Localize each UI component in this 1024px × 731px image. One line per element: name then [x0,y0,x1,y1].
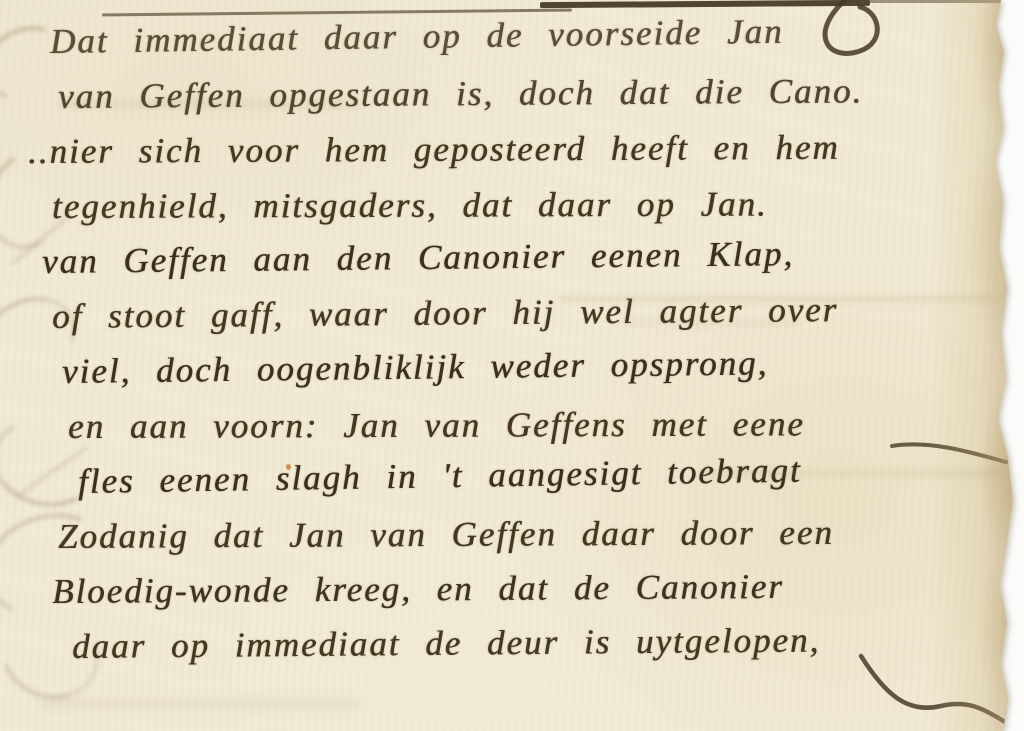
handwritten-line: Bloedig-wonde kreeg, en dat de Canonier [52,559,1024,621]
handwritten-line: van Geffen opgestaan is, doch dat die Ca… [58,64,1024,126]
scanned-document: Dat immediaat daar op de voorseide Jan v… [0,0,1024,731]
paper-wrapper: Dat immediaat daar op de voorseide Jan v… [0,0,1024,731]
orange-ink-fleck [286,464,291,470]
handwritten-line: daar op immediaat de deur is uytgelopen, [72,613,1024,676]
handwritten-line: ..nier sich voor hem geposteerd heeft en… [28,121,1024,181]
handwritten-line: Dat immediaat daar op de voorseide Jan [50,2,1024,71]
handwritten-line: viel, doch oogenbliklijk weder opsprong, [62,334,1024,401]
handwriting-block: Dat immediaat daar op de voorseide Jan v… [0,16,1024,676]
ink-bleedthrough [40,700,360,708]
handwritten-line: Zodanig dat Jan van Geffen daar door een [58,506,1024,566]
manuscript-paper: Dat immediaat daar op de voorseide Jan v… [0,0,1024,731]
handwritten-line: van Geffen aan den Canonier eenen Klap, [42,226,1024,291]
